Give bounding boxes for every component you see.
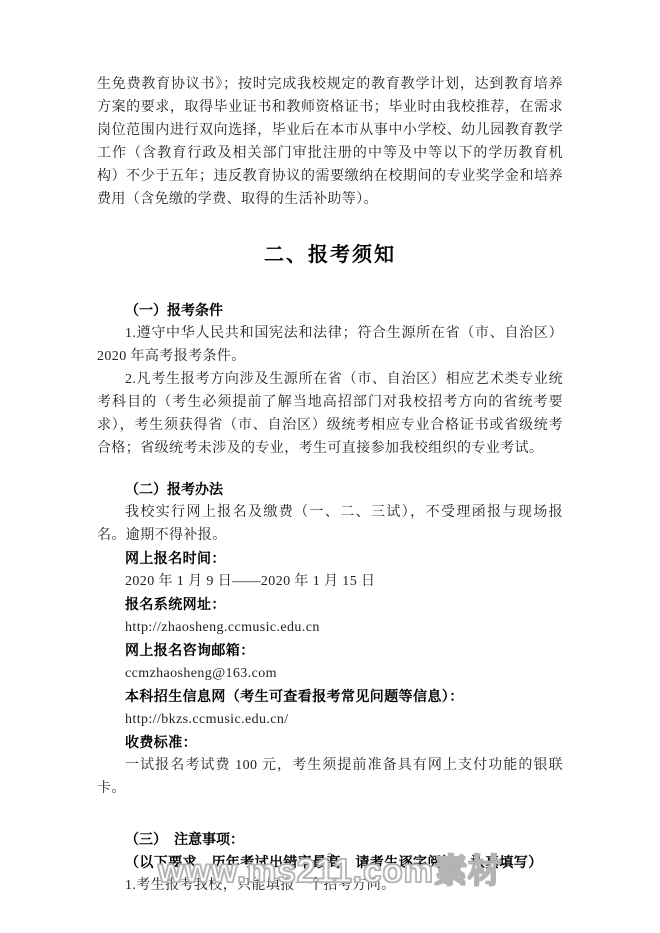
reg-condition-item-1: 1.遵守中华人民共和国宪法和法律；符合生源所在省（市、自治区）2020 年高考报…: [97, 322, 563, 368]
reg-system-url-label: 报名系统网址：: [97, 593, 563, 616]
info-site-url: http://bkzs.ccmusic.edu.cn/: [97, 708, 563, 731]
fee-standard-value: 一试报名考试费 100 元，考生须提前准备具有网上支付功能的银联卡。: [97, 754, 563, 800]
intro-paragraph: 生免费教育协议书》；按时完成我校规定的教育教学计划，达到教育培养方案的要求，取得…: [97, 73, 563, 211]
reg-condition-item-2: 2.凡考生报考方向涉及生源所在省（市、自治区）相应艺术类专业统考科目的（考生必须…: [97, 368, 563, 460]
document-page: 生免费教育协议书》；按时完成我校规定的教育教学计划，达到教育培养方案的要求，取得…: [0, 0, 660, 933]
doc-title: 二、报考须知: [97, 241, 563, 269]
reg-email-label: 网上报名咨询邮箱：: [97, 639, 563, 662]
section-3-heading: （三） 注意事项：: [97, 828, 563, 851]
page-number: 3: [0, 850, 660, 864]
reg-system-url: http://zhaosheng.ccmusic.edu.cn: [97, 616, 563, 639]
section-1-heading: （一）报考条件: [97, 299, 563, 322]
fee-standard-label: 收费标准：: [97, 731, 563, 754]
online-reg-time-value: 2020 年 1 月 9 日——2020 年 1 月 15 日: [97, 570, 563, 593]
online-reg-time-label: 网上报名时间：: [97, 547, 563, 570]
info-site-label: 本科招生信息网（考生可查看报考常见问题等信息）：: [97, 685, 563, 708]
document-content: 生免费教育协议书》；按时完成我校规定的教育教学计划，达到教育培养方案的要求，取得…: [97, 0, 563, 897]
section-2-heading: （二）报考办法: [97, 478, 563, 501]
reg-email-value: ccmzhaosheng@163.com: [97, 662, 563, 685]
reg-method-paragraph: 我校实行网上报名及缴费（一、二、三试），不受理函报与现场报名。逾期不得补报。: [97, 501, 563, 547]
